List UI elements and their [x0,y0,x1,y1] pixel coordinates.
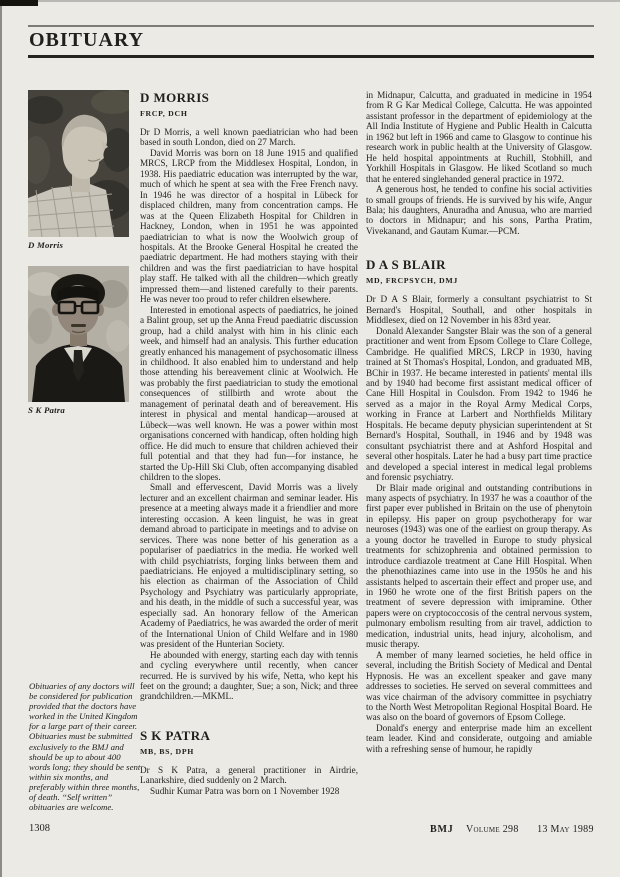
footer-journal-line: BMJ Volume 298 13 May 1989 [430,824,594,835]
scan-artifact-left-edge [0,0,2,877]
obituary-name-patra: S K PATRA [140,728,358,744]
header-rule-bottom [28,55,594,58]
obituary-name-morris: D MORRIS [140,90,358,106]
morris-paragraph-5: He abounded with energy, starting each d… [140,650,358,702]
patra-paragraph-2-continued: in Midnapur, Calcutta, and graduated in … [366,90,592,184]
scan-artifact-corner [0,0,38,6]
morris-paragraph-1: Dr D Morris, a well known paediatrician … [140,127,358,148]
obituary-name-blair: D A S BLAIR [366,257,592,273]
obituary-submission-note: Obituaries of any doctors will be consid… [29,681,143,812]
patra-paragraph-1: Dr S K Patra, a general practitioner in … [140,765,358,786]
obituary-credentials-morris: FRCP, DCH [140,109,358,118]
page-header: OBITUARY [28,25,594,58]
scan-artifact-top [0,0,620,2]
journal-page: OBITUARY [0,0,620,877]
patra-paragraph-3: A generous host, he tended to confine hi… [366,184,592,236]
blair-paragraph-3: Dr Blair made original and outstanding c… [366,483,592,650]
blair-paragraph-2: Donald Alexander Sangster Blair was the … [366,326,592,483]
right-column: in Midnapur, Calcutta, and graduated in … [366,90,592,818]
blair-paragraph-1: Dr D A S Blair, formerly a consultant ps… [366,294,592,325]
patra-paragraph-2-start: Sudhir Kumar Patra was born on 1 Novembe… [140,786,358,796]
blair-paragraph-5: Donald's energy and enterprise made him … [366,723,592,754]
morris-paragraph-4: Small and effervescent, David Morris was… [140,482,358,649]
photo-block-morris: D Morris [28,90,136,250]
portrait-photo-patra [28,266,129,402]
page-number: 1308 [29,823,50,834]
obituary-credentials-blair: MD, FRCPSYCH, DMJ [366,276,592,285]
left-column: D Morris [28,90,136,415]
morris-paragraph-2: David Morris was born on 18 June 1915 an… [140,148,358,305]
photo-block-patra: S K Patra [28,266,136,415]
portrait-photo-morris [28,90,129,237]
photo-caption-morris: D Morris [28,240,136,250]
page-title: OBITUARY [28,27,594,55]
obituary-credentials-patra: MB, BS, DPH [140,747,358,756]
blair-paragraph-4: A member of many learned societies, he h… [366,650,592,723]
middle-column: D MORRIS FRCP, DCH Dr D Morris, a well k… [140,90,358,823]
photo-caption-patra: S K Patra [28,405,136,415]
journal-title: BMJ [430,824,454,835]
journal-volume: Volume 298 [466,824,519,835]
morris-paragraph-3: Interested in emotional aspects of paedi… [140,305,358,483]
journal-date: 13 May 1989 [537,824,594,835]
